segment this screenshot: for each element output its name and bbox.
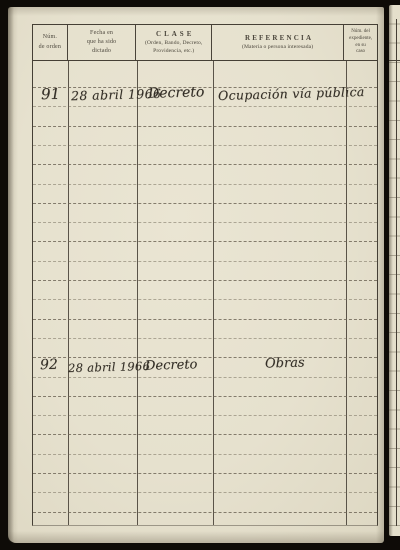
ruled-line xyxy=(33,415,377,416)
header-referencia-title: REFERENCIA xyxy=(242,34,313,43)
ruled-line xyxy=(33,106,377,107)
header-num-expediente-line4: caso xyxy=(356,49,365,56)
header-fecha-line2: que ha sido xyxy=(87,38,117,47)
ruled-line xyxy=(33,164,377,165)
header-clase-title: CLASE xyxy=(153,30,194,39)
entry-91-clase: Decreto xyxy=(148,84,205,102)
next-page-header-line xyxy=(389,60,400,61)
header-fecha-line3: dictado xyxy=(92,47,111,56)
ruled-line xyxy=(33,222,377,223)
ruled-line xyxy=(33,396,377,397)
ruled-line xyxy=(33,280,377,281)
decree-register-table: Núm. de orden Fecha en que ha sido dicta… xyxy=(32,24,378,526)
ruled-line xyxy=(33,203,377,204)
ruled-line xyxy=(33,512,377,513)
ruled-line xyxy=(33,319,377,320)
header-clase: CLASE (Orden, Bando, Decreto, Providenci… xyxy=(136,25,212,60)
ruled-line xyxy=(33,454,377,455)
ruled-line xyxy=(33,473,377,474)
header-num-expediente-line2: expediente, xyxy=(349,36,372,43)
entry-91-num-orden: 91 xyxy=(41,85,61,104)
header-num-orden: Núm. de orden xyxy=(33,25,68,60)
entry-92-num-orden: 92 xyxy=(40,357,58,373)
entry-92-fecha: 28 abril 1966 xyxy=(68,359,151,375)
ruled-lines xyxy=(33,61,377,525)
header-referencia-subtitle: (Materia o persona interesada) xyxy=(240,43,315,52)
ruled-line xyxy=(33,184,377,185)
register-page: Núm. de orden Fecha en que ha sido dicta… xyxy=(8,7,384,543)
ruled-line xyxy=(33,299,377,300)
header-num-orden-line2: de orden xyxy=(39,43,61,52)
header-num-orden-line1: Núm. xyxy=(43,33,57,42)
ruled-line xyxy=(33,492,377,493)
header-num-expediente-line3: en su xyxy=(355,43,365,50)
ruled-line xyxy=(33,338,377,339)
next-page-table-border xyxy=(396,19,397,526)
entry-92-clase: Decreto xyxy=(145,357,198,373)
header-num-expediente-line1: Núm. del xyxy=(351,29,370,36)
ruled-line xyxy=(33,126,377,127)
ruled-line xyxy=(33,377,377,378)
ruled-line xyxy=(33,261,377,262)
next-page-sliver xyxy=(389,5,400,536)
header-fecha: Fecha en que ha sido dictado xyxy=(68,25,137,60)
ruled-line xyxy=(33,241,377,242)
header-referencia: REFERENCIA (Materia o persona interesada… xyxy=(212,25,344,60)
ruled-line xyxy=(33,145,377,146)
table-header-row: Núm. de orden Fecha en que ha sido dicta… xyxy=(33,25,377,61)
ruled-line xyxy=(33,434,377,435)
ruled-line xyxy=(33,357,377,358)
page-left-edge-shadow xyxy=(8,7,14,543)
entry-92-referencia: Obras xyxy=(265,355,305,371)
header-clase-subtitle: (Orden, Bando, Decreto, Providencia, etc… xyxy=(136,39,211,55)
header-fecha-line1: Fecha en xyxy=(90,29,113,38)
header-num-expediente: Núm. del expediente, en su caso xyxy=(344,25,377,60)
